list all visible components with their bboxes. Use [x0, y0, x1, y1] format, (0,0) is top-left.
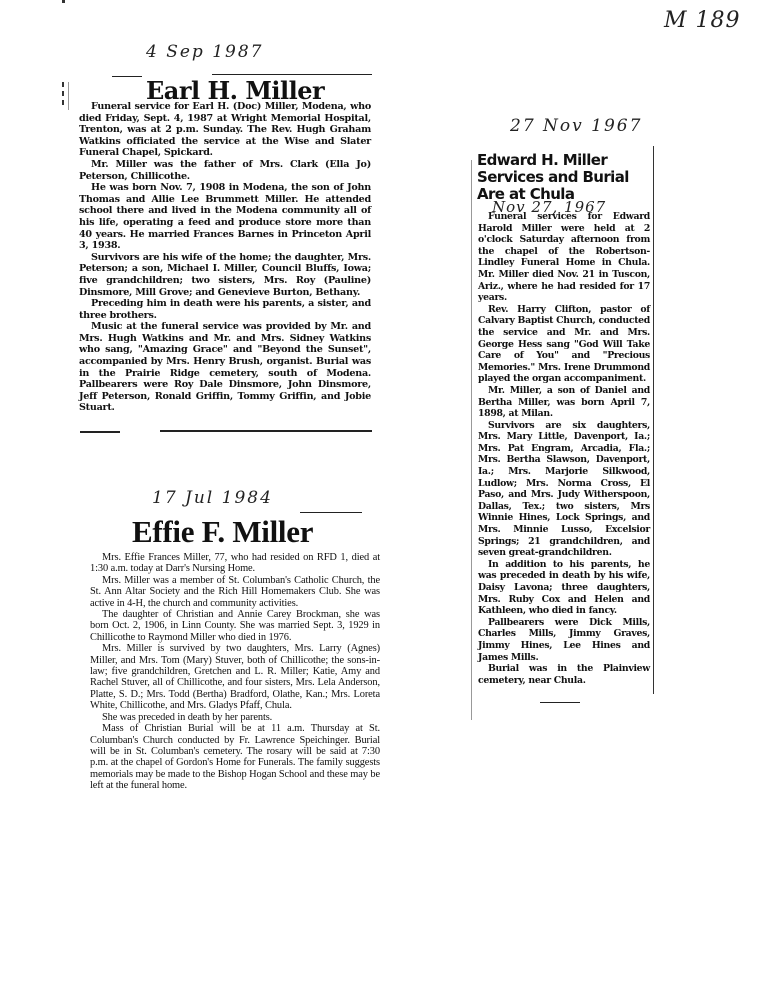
effie-paragraph: Mrs. Miller was a member of St. Columban…: [90, 575, 380, 609]
earl-obituary-body: Funeral service for Earl H. (Doc) Miller…: [79, 101, 371, 414]
effie-obituary-body: Mrs. Effie Frances Miller, 77, who had r…: [90, 552, 380, 792]
scan-mark: [62, 0, 65, 3]
edward-column-rule-left: [471, 160, 472, 720]
effie-paragraph: Mrs. Miller is survived by two daughters…: [90, 643, 380, 711]
edward-paragraph: Burial was in the Plainview cemetery, ne…: [478, 663, 650, 686]
effie-paragraph: Mass of Christian Burial will be at 11 a…: [90, 723, 380, 791]
earl-paragraph: He was born Nov. 7, 1908 in Modena, the …: [79, 182, 371, 252]
edward-bottom-rule: [540, 702, 580, 703]
effie-top-rule: [300, 512, 362, 513]
earl-paragraph: Music at the funeral service was provide…: [79, 321, 371, 414]
margin-marks: [60, 82, 72, 112]
edward-paragraph: Rev. Harry Clifton, pastor of Calvary Ba…: [478, 304, 650, 385]
earl-handwritten-date: 4 Sep 1987: [146, 42, 263, 62]
handwritten-reference-number: M 189: [664, 8, 741, 33]
edward-obituary-body: Funeral services for Edward Harold Mille…: [478, 211, 650, 686]
effie-paragraph: Mrs. Effie Frances Miller, 77, who had r…: [90, 552, 380, 575]
effie-paragraph: She was preceded in death by her parents…: [90, 712, 380, 723]
edward-paragraph: Funeral services for Edward Harold Mille…: [478, 211, 650, 304]
earl-top-rule-left: [112, 76, 142, 77]
earl-bottom-rule-left: [80, 431, 120, 433]
earl-paragraph: Survivors are his wife of the home; the …: [79, 252, 371, 298]
edward-paragraph: In addition to his parents, he was prece…: [478, 559, 650, 617]
effie-obituary-title: Effie F. Miller: [132, 514, 313, 550]
earl-paragraph: Preceding him in death were his parents,…: [79, 298, 371, 321]
effie-paragraph: The daughter of Christian and Annie Care…: [90, 609, 380, 643]
edward-paragraph: Mr. Miller, a son of Daniel and Bertha M…: [478, 385, 650, 420]
earl-paragraph: Mr. Miller was the father of Mrs. Clark …: [79, 159, 371, 182]
edward-obituary-headline: Edward H. Miller Services and Burial Are…: [477, 152, 652, 203]
edward-headline-line: Services and Burial: [477, 169, 652, 186]
effie-handwritten-date: 17 Jul 1984: [152, 488, 273, 508]
edward-paragraph: Survivors are six daughters, Mrs. Mary L…: [478, 420, 650, 559]
earl-paragraph: Funeral service for Earl H. (Doc) Miller…: [79, 101, 371, 159]
edward-column-rule-right: [653, 146, 654, 694]
earl-top-rule-right: [212, 74, 372, 75]
earl-bottom-rule-right: [160, 430, 372, 432]
edward-handwritten-date: 27 Nov 1967: [510, 116, 642, 136]
edward-paragraph: Pallbearers were Dick Mills, Charles Mil…: [478, 617, 650, 663]
edward-headline-line: Edward H. Miller: [477, 152, 652, 169]
